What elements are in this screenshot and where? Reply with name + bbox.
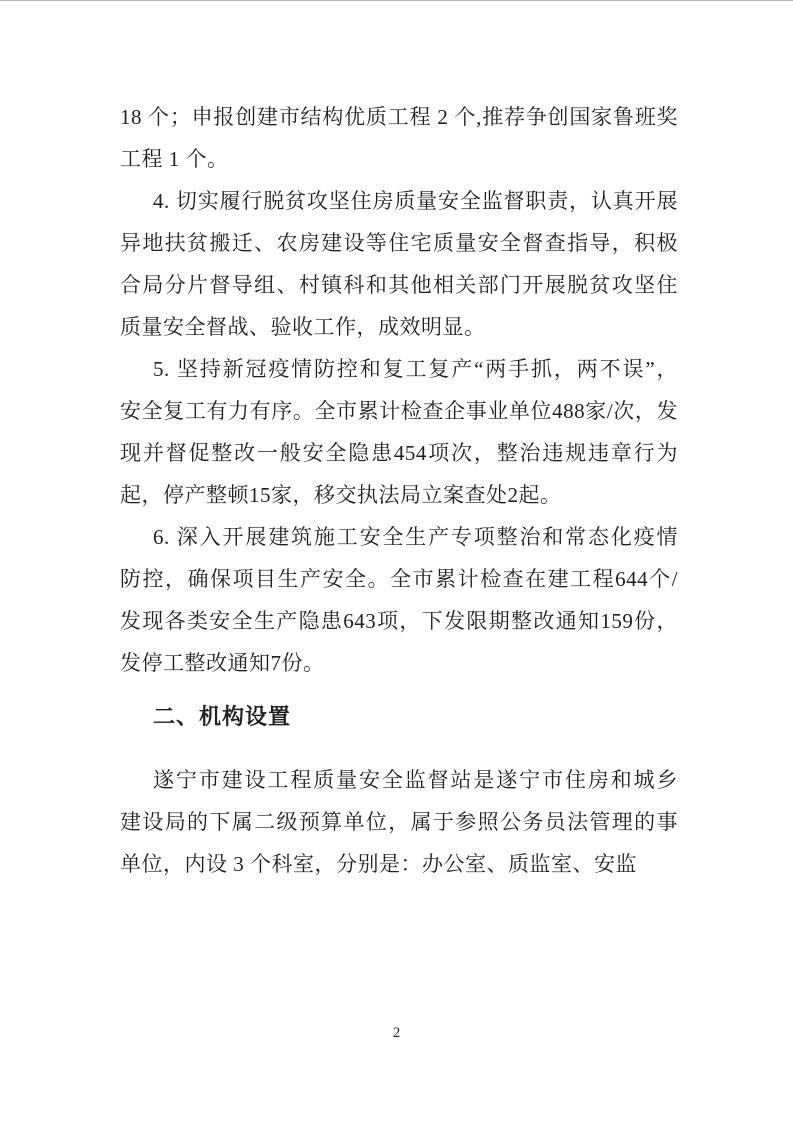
paragraph: 5. 坚持新冠疫情防控和复工复产“两手抓，两不误”，安全复工有力有序。全市累计检… <box>120 348 678 516</box>
document-body: 18 个；申报创建市结构优质工程 2 个,推荐争创国家鲁班奖工程 1 个。4. … <box>120 96 678 885</box>
text-line: 发现各类安全生产隐患643项，下发限期整改通知159份，下 <box>120 600 678 642</box>
paragraph: 4. 切实履行脱贫攻坚住房质量安全监督职责，认真开展异地扶贫搬迁、农房建设等住宅… <box>120 180 678 348</box>
text-line: 防控，确保项目生产安全。全市累计检查在建工程644个/次， <box>120 558 678 600</box>
paragraph: 遂宁市建设工程质量安全监督站是遂宁市住房和城乡建设局的下属二级预算单位，属于参照… <box>120 759 678 885</box>
text-line: 18 个；申报创建市结构优质工程 2 个,推荐争创国家鲁班奖 <box>120 96 678 138</box>
text-line: 异地扶贫搬迁、农房建设等住宅质量安全督查指导，积极配 <box>120 222 678 264</box>
text-line: 二、机构设置 <box>120 696 678 738</box>
text-line: 单位，内设 3 个科室，分别是：办公室、质监室、安监室。 <box>120 843 678 885</box>
text-line: 4. 切实履行脱贫攻坚住房质量安全监督职责，认真开展 <box>120 180 678 222</box>
text-line: 5. 坚持新冠疫情防控和复工复产“两手抓，两不误”， <box>120 348 678 390</box>
text-line: 合局分片督导组、村镇科和其他相关部门开展脱贫攻坚住房 <box>120 264 678 306</box>
text-line: 现并督促整改一般安全隐患454项次，整治违规违章行为157 <box>120 432 678 474</box>
text-line: 工程 1 个。 <box>120 138 678 180</box>
text-line: 安全复工有力有序。全市累计检查企事业单位488家/次，发 <box>120 390 678 432</box>
text-line: 发停工整改通知7份。 <box>120 642 678 684</box>
paragraph: 6. 深入开展建筑施工安全生产专项整治和常态化疫情防控，确保项目生产安全。全市累… <box>120 516 678 684</box>
document-page: 18 个；申报创建市结构优质工程 2 个,推荐争创国家鲁班奖工程 1 个。4. … <box>0 0 793 1122</box>
section-heading: 二、机构设置 <box>120 696 678 738</box>
paragraph: 18 个；申报创建市结构优质工程 2 个,推荐争创国家鲁班奖工程 1 个。 <box>120 96 678 180</box>
text-line: 质量安全督战、验收工作，成效明显。 <box>120 306 678 348</box>
page-number: 2 <box>0 1023 793 1043</box>
text-line: 遂宁市建设工程质量安全监督站是遂宁市住房和城乡 <box>120 759 678 801</box>
text-line: 起，停产整顿15家，移交执法局立案查处2起。 <box>120 474 678 516</box>
text-line: 建设局的下属二级预算单位，属于参照公务员法管理的事业 <box>120 801 678 843</box>
text-line: 6. 深入开展建筑施工安全生产专项整治和常态化疫情 <box>120 516 678 558</box>
